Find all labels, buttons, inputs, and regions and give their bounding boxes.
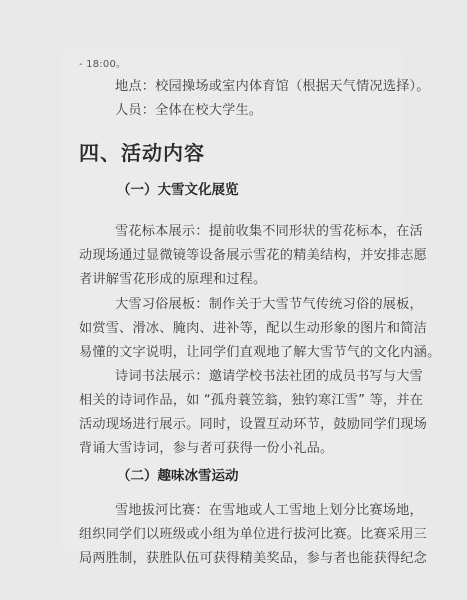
paragraph-line: 雪花标本展示：提前收集不同形状的雪花标本，在活 bbox=[115, 224, 423, 240]
time-text: - 18:00。 bbox=[79, 57, 126, 73]
paragraph-line: 动现场通过显微镜等设备展示雪花的精美结构，并安排志愿 bbox=[79, 248, 427, 264]
paragraph-line: 易懂的文字说明，让同学们直观地了解大雪节气的文化内涵。 bbox=[79, 345, 440, 361]
paragraph-line: 背诵大雪诗词，参与者可获得一份小礼品。 bbox=[79, 441, 333, 457]
paragraph-line: 雪地拔河比赛：在雪地或人工雪地上划分比赛场地， bbox=[115, 503, 423, 519]
people-text: 人员：全体在校大学生。 bbox=[115, 103, 262, 119]
paragraph-line: 活动现场进行展示。同时，设置互动环节，鼓励同学们现场 bbox=[79, 417, 427, 433]
paragraph-line: 者讲解雪花形成的原理和过程。 bbox=[79, 272, 266, 288]
paragraph-line: 如赏雪、滑冰、腌肉、进补等，配以生动形象的图片和简洁 bbox=[79, 321, 427, 337]
subsection-heading-1: （一）大雪文化展览 bbox=[117, 178, 239, 198]
paragraph-line: 诗词书法展示：邀请学校书法社团的成员书写与大雪 bbox=[115, 369, 423, 385]
paragraph-line: 大雪习俗展板：制作关于大雪节气传统习俗的展板， bbox=[115, 297, 423, 313]
paragraph-line: 组织同学们以班级或小组为单位进行拔河比赛。比赛采用三 bbox=[79, 527, 427, 543]
location-text: 地点：校园操场或室内体育馆（根据天气情况选择）。 bbox=[115, 79, 430, 95]
section-heading: 四、活动内容 bbox=[79, 137, 205, 166]
paragraph-line: 局两胜制，获胜队伍可获得精美奖品，参与者也能获得纪念 bbox=[79, 551, 427, 567]
paragraph-line: 相关的诗词作品，如 “孤舟蓑笠翁，独钓寒江雪” 等，并在 bbox=[79, 393, 423, 409]
subsection-heading-2: （二）趣味冰雪运动 bbox=[117, 464, 239, 484]
